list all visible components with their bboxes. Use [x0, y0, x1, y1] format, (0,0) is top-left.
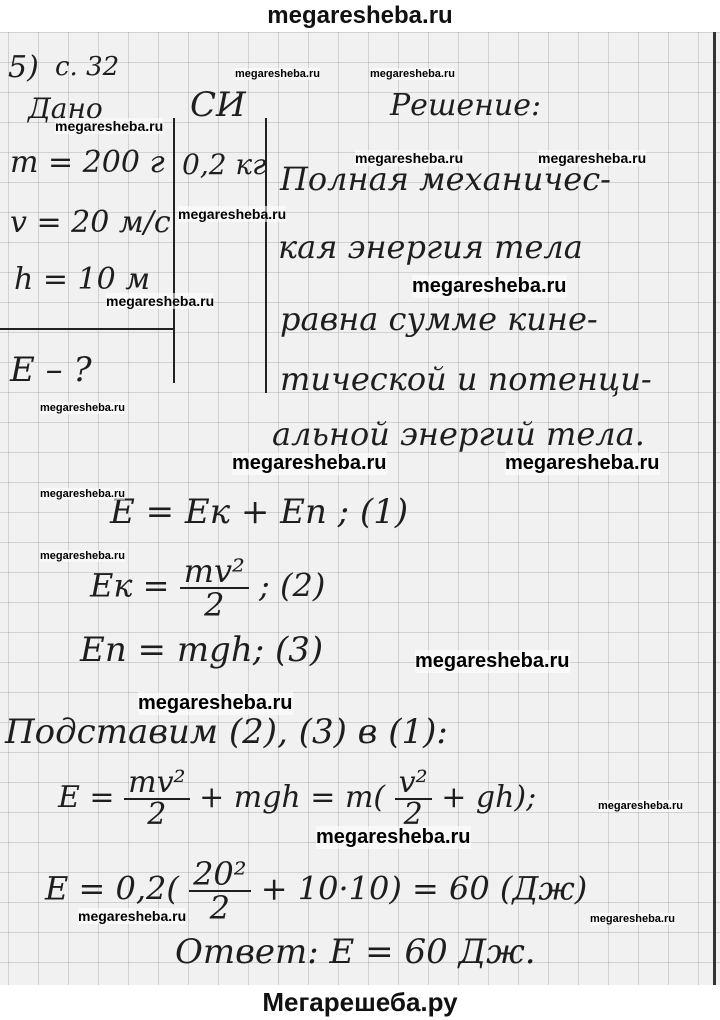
- watermark: megaresheba.ru: [590, 913, 675, 925]
- site-header: megaresheba.ru: [0, 0, 720, 32]
- solution-line-5: альной энергий тела.: [272, 415, 645, 453]
- problem-number: 5): [8, 50, 39, 85]
- page-ref: с. 32: [55, 52, 119, 82]
- equation-4: E = mv² 2 + mgh = m( v² 2 + gh);: [58, 768, 536, 830]
- eq5-denominator: 2: [206, 892, 234, 924]
- solution-line-3: равна сумме кине-: [280, 300, 598, 338]
- watermark: megaresheba.ru: [40, 550, 125, 562]
- given-si-divider: [173, 118, 175, 383]
- watermark: megaresheba.ru: [178, 206, 286, 222]
- eq5-numerator: 20²: [189, 858, 251, 892]
- eq2-denominator: 2: [200, 589, 228, 621]
- watermark: megaresheba.ru: [138, 692, 293, 715]
- solution-line-4: тической и потенци-: [280, 360, 652, 398]
- eq4-denominator-1: 2: [143, 800, 170, 830]
- watermark: megaresheba.ru: [40, 488, 125, 500]
- eq5-fraction: 20² 2: [189, 858, 251, 924]
- si-label: СИ: [190, 85, 246, 125]
- watermark: megaresheba.ru: [78, 908, 186, 924]
- si-mass: 0,2 кг: [182, 148, 266, 181]
- eq4-numerator-2: v²: [395, 768, 432, 800]
- substitute-line: Подставим (2), (3) в (1):: [5, 712, 448, 752]
- eq2-tag: ; (2): [259, 567, 325, 605]
- find-quantity: E – ?: [10, 350, 92, 390]
- watermark: megaresheba.ru: [370, 68, 455, 80]
- watermark: megaresheba.ru: [232, 452, 387, 475]
- watermark: megaresheba.ru: [316, 826, 471, 849]
- answer: Ответ: E = 60 Дж.: [175, 932, 536, 972]
- watermark: megaresheba.ru: [355, 150, 463, 166]
- watermark: megaresheba.ru: [505, 452, 660, 475]
- eq4-fraction-1: mv² 2: [124, 768, 189, 830]
- watermark: megaresheba.ru: [412, 275, 567, 298]
- watermark: megaresheba.ru: [106, 293, 214, 309]
- given-find-divider: [0, 328, 173, 330]
- eq4-mid: + mgh = m(: [199, 780, 385, 815]
- eq4-end: + gh);: [441, 780, 536, 815]
- eq5-end: + 10·10) = 60 (Дж): [261, 870, 587, 908]
- equation-2: Eк = mv² 2 ; (2): [90, 555, 325, 621]
- eq4-fraction-2: v² 2: [395, 768, 432, 830]
- eq4-numerator-1: mv²: [124, 768, 189, 800]
- eq2-lhs: Eк =: [90, 567, 169, 605]
- given-velocity: v = 20 м/с: [10, 205, 171, 240]
- eq5-lhs: E = 0,2(: [45, 870, 179, 908]
- equation-1: E = Eк + Eп ; (1): [110, 492, 408, 532]
- eq2-fraction: mv² 2: [180, 555, 249, 621]
- eq2-numerator: mv²: [180, 555, 249, 589]
- given-height: h = 10 м: [14, 262, 150, 297]
- watermark: megaresheba.ru: [235, 68, 320, 80]
- solution-title: Решение:: [390, 88, 541, 123]
- eq4-lhs: E =: [58, 780, 115, 815]
- site-footer: Мегарешеба.ру: [0, 985, 720, 1020]
- watermark: megaresheba.ru: [40, 402, 125, 414]
- page-edge: [713, 32, 716, 985]
- watermark: megaresheba.ru: [415, 650, 570, 673]
- watermark: megaresheba.ru: [598, 800, 683, 812]
- equation-3: Eп = mgh; (3): [80, 630, 323, 670]
- watermark: megaresheba.ru: [55, 118, 163, 134]
- given-mass: m = 200 г: [10, 145, 165, 180]
- watermark: megaresheba.ru: [538, 150, 646, 166]
- solution-line-2: кая энергия тела: [278, 228, 583, 266]
